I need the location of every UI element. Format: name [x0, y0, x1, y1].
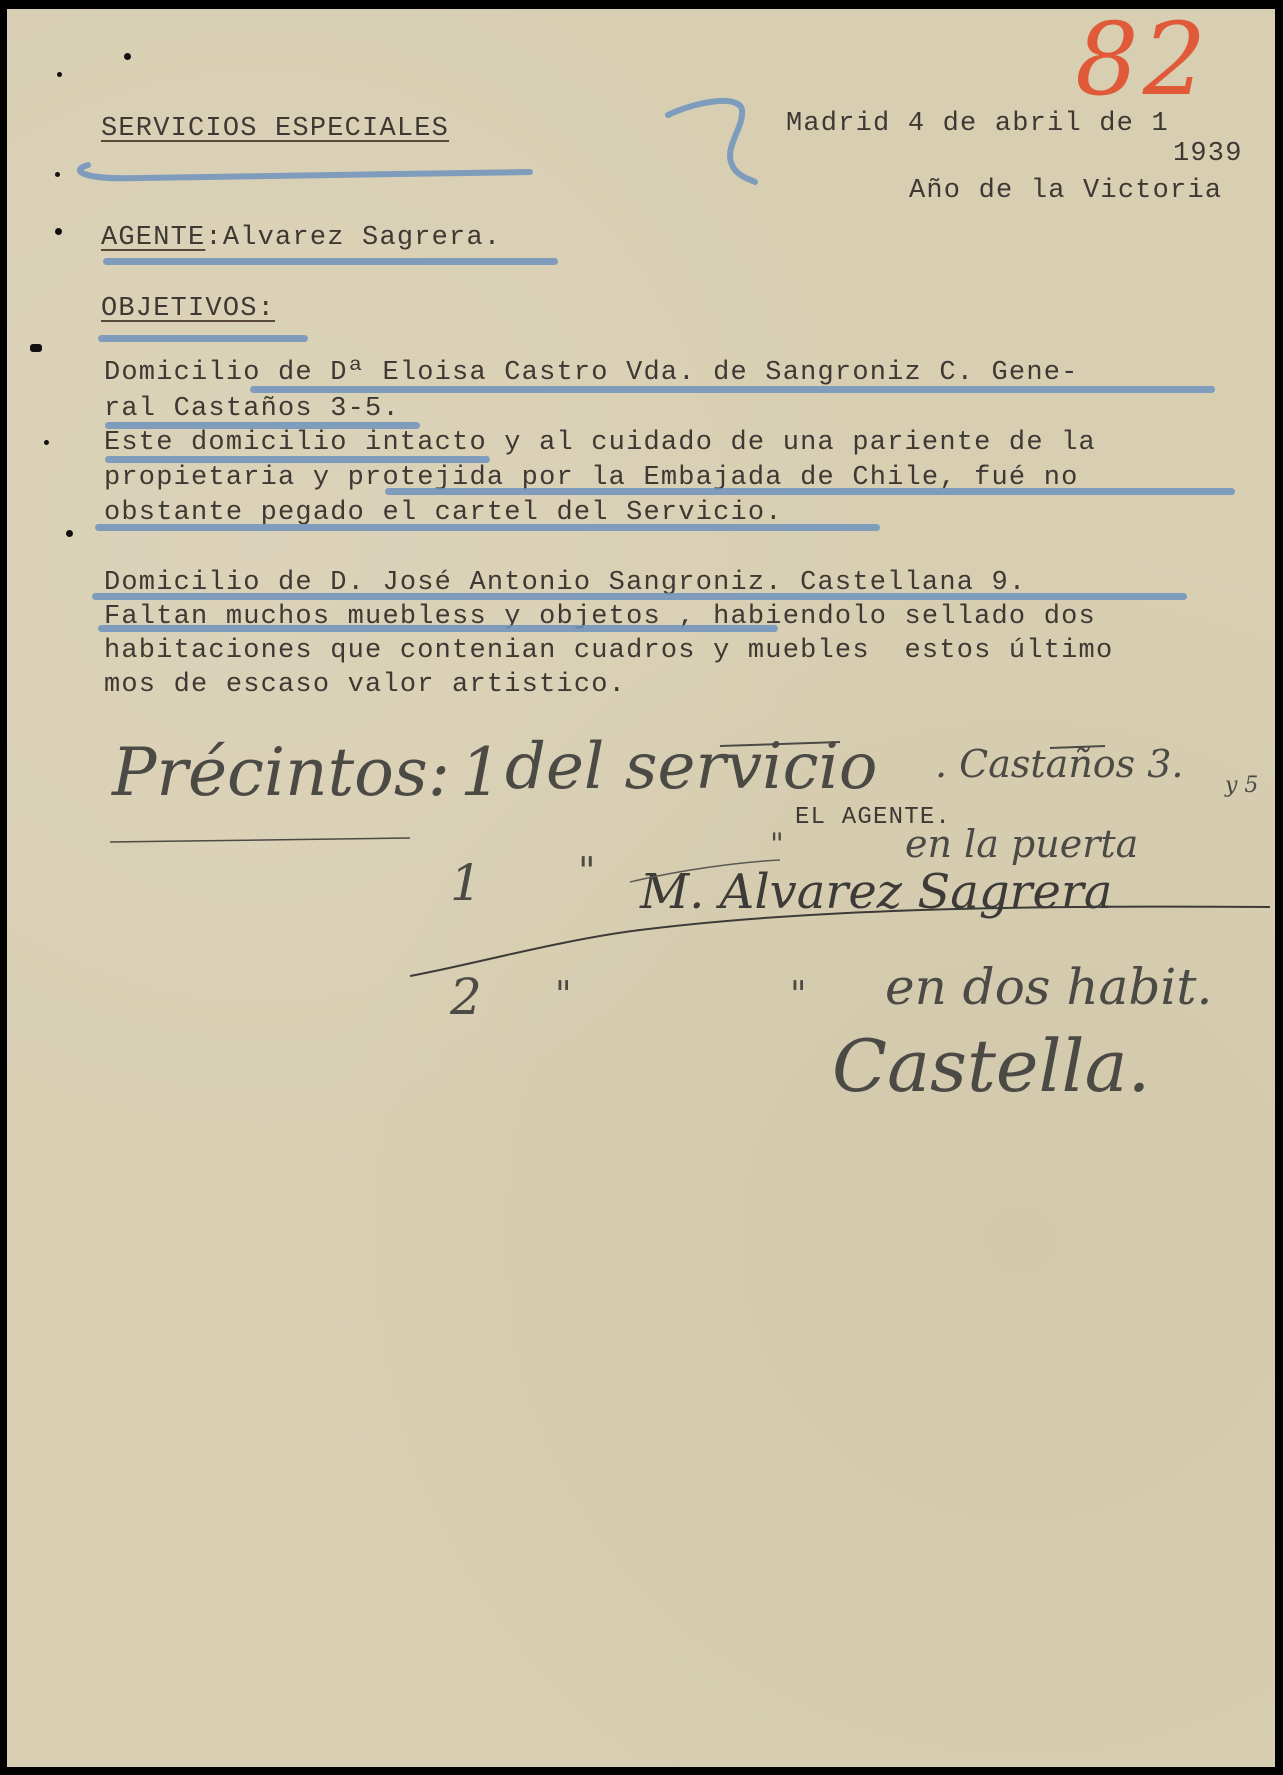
handwritten-ditto: " [555, 978, 572, 1014]
handwritten-count-3: 2 [450, 972, 482, 1022]
handwritten-line-3: en dos habit. [885, 962, 1212, 1012]
handwritten-ditto: " [790, 978, 807, 1014]
handwritten-line-4: Castella. [832, 1030, 1150, 1102]
signature-flourish [0, 0, 1283, 1775]
